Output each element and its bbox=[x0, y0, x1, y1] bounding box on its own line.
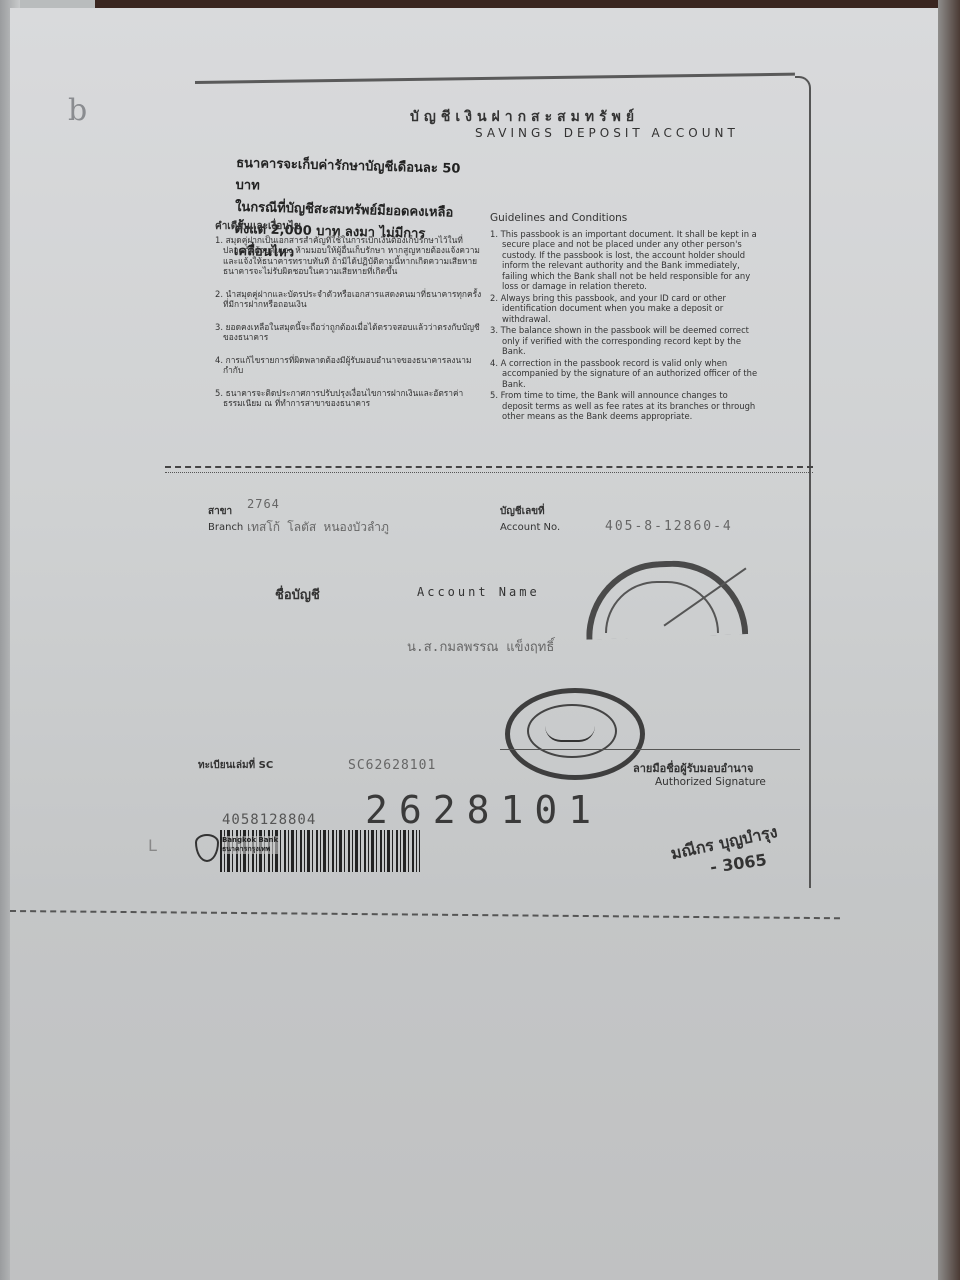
registration-label: ทะเบียนเล่มที่ SC bbox=[198, 758, 273, 773]
branch-label-thai: สาขา bbox=[208, 504, 232, 519]
branch-code: 2764 bbox=[247, 497, 280, 511]
signature-label-english: Authorized Signature bbox=[655, 776, 766, 788]
account-no-label-thai: บัญชีเลขที่ bbox=[500, 504, 545, 519]
guideline-item: 4. การแก้ไขรายการที่ผิดพลาดต้องมีผู้รับม… bbox=[215, 355, 485, 376]
signature-line bbox=[500, 749, 800, 750]
bank-label-thai: ธนาคารกรุงเทพ bbox=[222, 845, 278, 854]
registration-number: SC62628101 bbox=[348, 758, 436, 773]
account-name-label-thai: ชื่อบัญชี bbox=[275, 584, 320, 605]
guideline-item: 1. สมุดคู่ฝากเป็นเอกสารสำคัญที่ใช้ในการเ… bbox=[215, 235, 485, 277]
margin-mark: L bbox=[148, 836, 157, 855]
guideline-item: 3. ยอดคงเหลือในสมุดนี้จะถือว่าถูกต้องเมื… bbox=[215, 322, 485, 343]
guideline-item: 4. A correction in the passbook record i… bbox=[490, 358, 760, 390]
guideline-item: 5. ธนาคารจะติดประกาศการปรับปรุงเงื่อนไขก… bbox=[215, 388, 485, 409]
barcode-bank-label: Bangkok Bank ธนาคารกรุงเทพ bbox=[222, 836, 278, 854]
account-holder-name: น.ส.กมลพรรณ แข็งฤทธิ์ bbox=[407, 636, 554, 657]
account-number: 405-8-12860-4 bbox=[605, 519, 733, 534]
guidelines-english: Guidelines and Conditions 1. This passbo… bbox=[490, 213, 760, 423]
guideline-item: 3. The balance shown in the passbook wil… bbox=[490, 325, 760, 357]
signature-label-thai: ลายมือชื่อผู้รับมอบอำนาจ bbox=[633, 759, 753, 777]
guideline-item: 5. From time to time, the Bank will anno… bbox=[490, 390, 760, 422]
photocopy-page: b L บัญชีเงินฝากสะสมทรัพย์ SAVINGS DEPOS… bbox=[10, 8, 938, 1280]
title-english: SAVINGS DEPOSIT ACCOUNT bbox=[475, 126, 739, 140]
passbook-border-right bbox=[795, 76, 811, 888]
fee-notice-line: ธนาคารจะเก็บค่ารักษาบัญชีเดือนละ 50 บาท bbox=[235, 153, 476, 203]
tear-line bbox=[10, 910, 840, 920]
guideline-item: 1. This passbook is an important documen… bbox=[490, 229, 760, 292]
account-no-label-english: Account No. bbox=[500, 522, 560, 533]
guidelines-english-heading: Guidelines and Conditions bbox=[490, 213, 760, 224]
passbook-border-top bbox=[195, 73, 795, 84]
branch-name: เทสโก้ โลตัส หนองบัวลำภู bbox=[247, 518, 389, 537]
barcode-number: 4058128804 bbox=[222, 812, 316, 828]
guidelines-thai: คำเตือนและเงื่อนไข 1. สมุดคู่ฝากเป็นเอกส… bbox=[215, 222, 485, 421]
dotmatrix-book-number: 2628101 bbox=[365, 788, 602, 832]
account-name-label-english: Account Name bbox=[417, 585, 540, 599]
branch-label-english: Branch bbox=[208, 522, 243, 533]
guidelines-thai-heading: คำเตือนและเงื่อนไข bbox=[215, 222, 485, 233]
handwritten-mark: b bbox=[68, 93, 87, 128]
passbook-copy: บัญชีเงินฝากสะสมทรัพย์ SAVINGS DEPOSIT A… bbox=[165, 76, 820, 896]
bank-logo-icon bbox=[195, 834, 219, 862]
background-edge bbox=[938, 0, 960, 1280]
guideline-item: 2. นำสมุดคู่ฝากและบัตรประจำตัวหรือเอกสาร… bbox=[215, 289, 485, 310]
guideline-item: 2. Always bring this passbook, and your … bbox=[490, 293, 760, 325]
title-thai: บัญชีเงินฝากสะสมทรัพย์ bbox=[410, 106, 639, 128]
perforation-line bbox=[165, 466, 813, 473]
bank-label-english: Bangkok Bank bbox=[222, 836, 278, 845]
